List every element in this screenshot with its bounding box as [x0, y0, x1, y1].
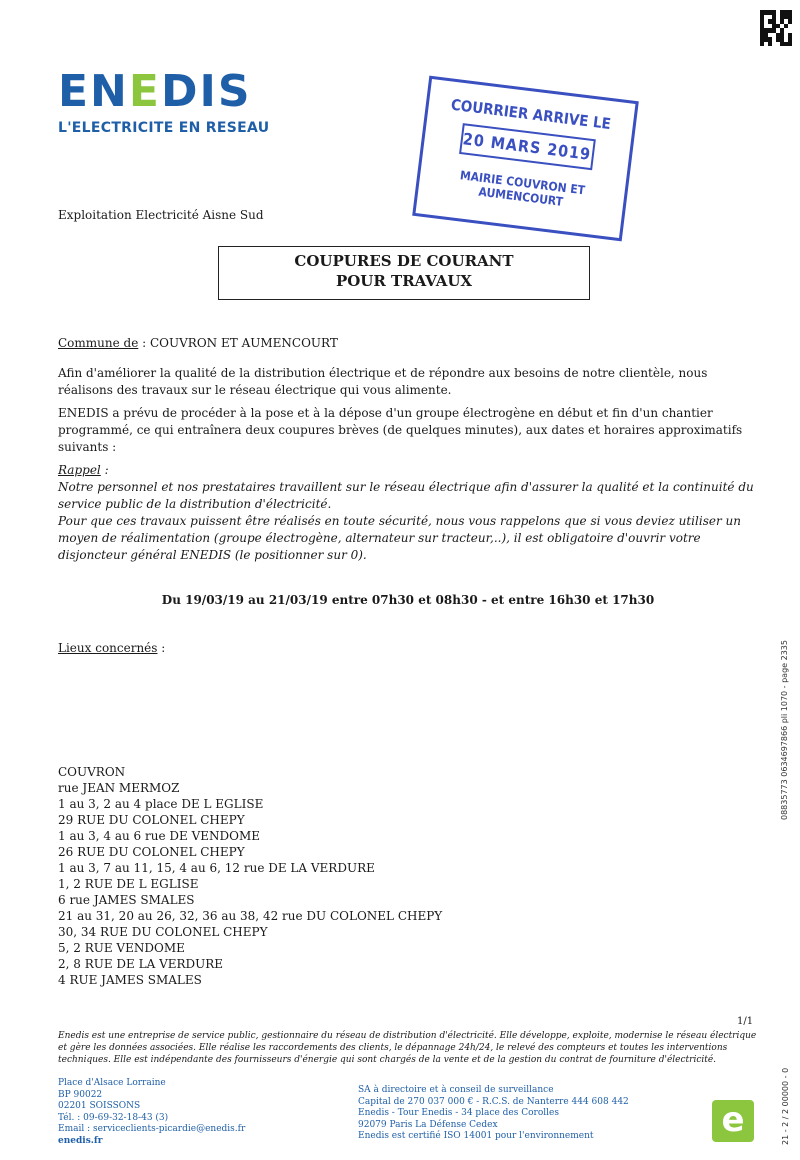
footer-company-line: 92079 Paris La Défense Cedex	[358, 1120, 629, 1132]
location-item: rue JEAN MERMOZ	[58, 780, 442, 796]
footer-address: Place d'Alsace LorraineBP 9002202201 SOI…	[58, 1078, 245, 1147]
footer-address-line: Email : serviceclients-picardie@enedis.f…	[58, 1124, 245, 1136]
footer-company-line: Enedis - Tour Enedis - 34 place des Coro…	[358, 1108, 629, 1120]
logo-wordmark: ENEDIS	[58, 70, 269, 114]
qr-code	[760, 10, 792, 46]
location-item: 29 RUE DU COLONEL CHEPY	[58, 812, 442, 828]
footer-address-line: 02201 SOISSONS	[58, 1101, 245, 1113]
enedis-e-logo-icon: e	[712, 1100, 754, 1142]
location-item: 2, 8 RUE DE LA VERDURE	[58, 956, 442, 972]
margin-reference-2: 21 - 2 / 2 00000 - 0	[781, 1068, 790, 1145]
paragraph-generator: ENEDIS a prévu de procéder à la pose et …	[58, 405, 758, 456]
location-item: 30, 34 RUE DU COLONEL CHEPY	[58, 924, 442, 940]
rappel-text-2: Pour que ces travaux puissent être réali…	[58, 513, 758, 564]
lieux-heading: Lieux concernés :	[58, 640, 758, 657]
location-item: 26 RUE DU COLONEL CHEPY	[58, 844, 442, 860]
stamp-line3: MAIRIE COUVRON ET AUMENCOURT	[418, 163, 625, 216]
footer-address-line: BP 90022	[58, 1090, 245, 1102]
location-item: 1 au 3, 7 au 11, 15, 4 au 6, 12 rue DE L…	[58, 860, 442, 876]
location-item: 4 RUE JAMES SMALES	[58, 972, 442, 988]
location-item: 1, 2 RUE DE L EGLISE	[58, 876, 442, 892]
rappel-text-1: Notre personnel et nos prestataires trav…	[58, 479, 758, 513]
stamp-line1: COURRIER ARRIVE LE	[428, 93, 634, 136]
footer-website: enedis.fr	[58, 1136, 245, 1148]
rappel-label: Rappel	[58, 463, 101, 477]
margin-reference: 08835773 0634697866 pli 1070 - page 2335	[780, 640, 789, 820]
enedis-logo: ENEDIS L'ELECTRICITE EN RESEAU	[58, 70, 269, 136]
footer-company-line: Enedis est certifié ISO 14001 pour l'env…	[358, 1131, 629, 1143]
locations-list: COUVRONrue JEAN MERMOZ1 au 3, 2 au 4 pla…	[58, 764, 442, 988]
received-stamp: COURRIER ARRIVE LE 20 MARS 2019 MAIRIE C…	[412, 76, 639, 242]
document-title: COUPURES DE COURANT POUR TRAVAUX	[218, 246, 590, 300]
location-item: 1 au 3, 2 au 4 place DE L EGLISE	[58, 796, 442, 812]
title-line2: POUR TRAVAUX	[219, 271, 589, 291]
location-item: 5, 2 RUE VENDOME	[58, 940, 442, 956]
logo-tagline: L'ELECTRICITE EN RESEAU	[58, 120, 269, 136]
paragraph-intro: Afin d'améliorer la qualité de la distri…	[58, 365, 758, 399]
footer-company-info: SA à directoire et à conseil de surveill…	[358, 1085, 629, 1143]
footer-company-line: Capital de 270 037 000 € - R.C.S. de Nan…	[358, 1097, 629, 1109]
footer-address-line: Place d'Alsace Lorraine	[58, 1078, 245, 1090]
location-item: COUVRON	[58, 764, 442, 780]
scan-mark: ˏ	[60, 938, 64, 953]
commune-value: : COUVRON ET AUMENCOURT	[138, 336, 338, 350]
lieux-label: Lieux concernés	[58, 641, 157, 655]
footer-address-line: Tél. : 09-69-32-18-43 (3)	[58, 1113, 245, 1125]
title-line1: COUPURES DE COURANT	[219, 251, 589, 271]
location-item: 6 rue JAMES SMALES	[58, 892, 442, 908]
commune-line: Commune de : COUVRON ET AUMENCOURT	[58, 335, 758, 352]
commune-label: Commune de	[58, 336, 138, 350]
rappel-block: Rappel : Notre personnel et nos prestata…	[58, 462, 758, 564]
stamp-date: 20 MARS 2019	[459, 123, 596, 170]
location-item: 1 au 3, 4 au 6 rue DE VENDOME	[58, 828, 442, 844]
location-item: 21 au 31, 20 au 26, 32, 36 au 38, 42 rue…	[58, 908, 442, 924]
outage-dates: Du 19/03/19 au 21/03/19 entre 07h30 et 0…	[58, 593, 758, 607]
footer-company-line: SA à directoire et à conseil de surveill…	[358, 1085, 629, 1097]
service-name: Exploitation Electricité Aisne Sud	[58, 208, 264, 222]
page-number: 1/1	[737, 1016, 753, 1027]
footer-legal-notice: Enedis est une entreprise de service pub…	[58, 1030, 763, 1066]
